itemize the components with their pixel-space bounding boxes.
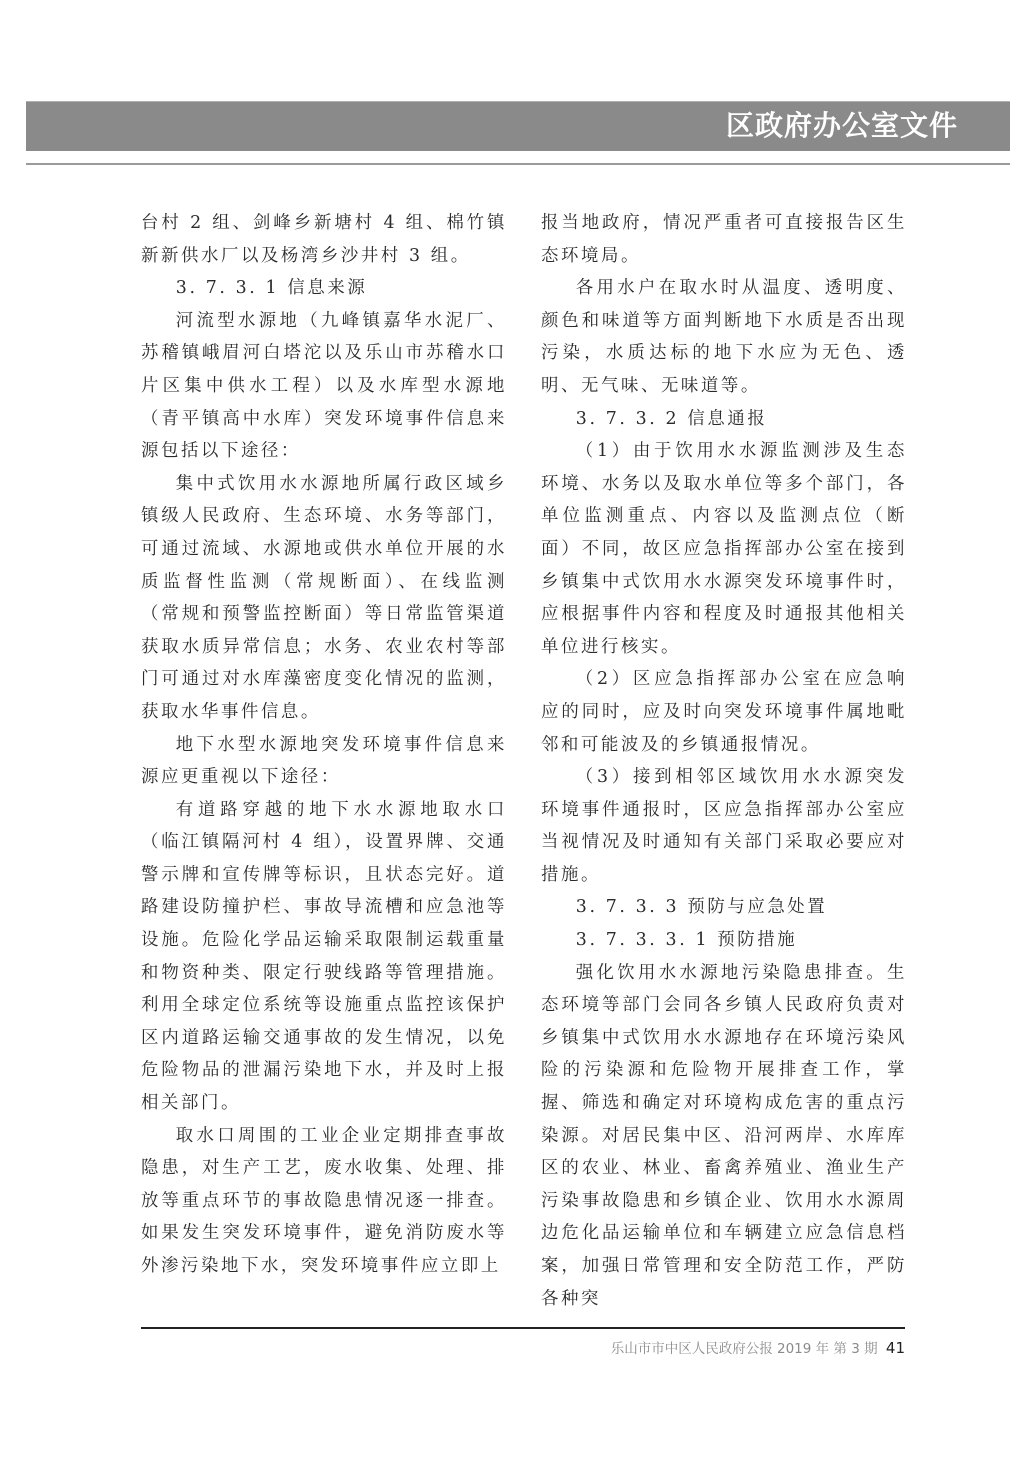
paragraph: （3）接到相邻区域饮用水水源突发环境事件通报时，区应急指挥部办公室应当视情况及时… xyxy=(541,761,907,891)
paragraph: 台村 2 组、剑峰乡新塘村 4 组、棉竹镇新新供水厂以及杨湾乡沙井村 3 组。 xyxy=(141,207,507,272)
paragraph: （2）区应急指挥部办公室在应急响应的同时，应及时向突发环境事件属地毗邻和可能波及… xyxy=(541,663,907,761)
paragraph: 报当地政府，情况严重者可直接报告区生态环境局。 xyxy=(541,207,907,272)
right-column: 报当地政府，情况严重者可直接报告区生态环境局。 各用水户在取水时从温度、透明度、… xyxy=(541,207,907,1315)
paragraph: 强化饮用水水源地污染隐患排查。生态环境等部门会同各乡镇人民政府负责对乡镇集中式饮… xyxy=(541,957,907,1316)
footer: 乐山市市中区人民政府公报 2019 年 第 3 期 41 xyxy=(611,1338,905,1359)
footer-divider xyxy=(141,1327,905,1329)
paragraph: 各用水户在取水时从温度、透明度、颜色和味道等方面判断地下水质是否出现污染，水质达… xyxy=(541,272,907,402)
paragraph: 集中式饮用水水源地所属行政区域乡镇级人民政府、生态环境、水务等部门，可通过流域、… xyxy=(141,468,507,729)
header-divider xyxy=(26,163,1010,165)
section-heading: 3. 7. 3. 3 预防与应急处置 xyxy=(541,891,907,924)
header-band: 区政府办公室文件 xyxy=(26,101,1010,151)
paragraph: 河流型水源地（九峰镇嘉华水泥厂、苏稽镇峨眉河白塔沱以及乐山市苏稽水口片区集中供水… xyxy=(141,305,507,468)
page-number: 41 xyxy=(886,1339,905,1357)
paragraph: 有道路穿越的地下水水源地取水口（临江镇隔河村 4 组），设置界牌、交通警示牌和宣… xyxy=(141,794,507,1120)
paragraph: （1）由于饮用水水源监测涉及生态环境、水务以及取水单位等多个部门，各单位监测重点… xyxy=(541,435,907,663)
section-heading: 3. 7. 3. 3. 1 预防措施 xyxy=(541,924,907,957)
paragraph: 取水口周围的工业企业定期排查事故隐患，对生产工艺，废水收集、处理、排放等重点环节… xyxy=(141,1120,507,1283)
paragraph: 地下水型水源地突发环境事件信息来源应更重视以下途径： xyxy=(141,729,507,794)
left-column: 台村 2 组、剑峰乡新塘村 4 组、棉竹镇新新供水厂以及杨湾乡沙井村 3 组。 … xyxy=(141,207,507,1283)
section-title: 区政府办公室文件 xyxy=(726,108,958,144)
section-heading: 3. 7. 3. 1 信息来源 xyxy=(141,272,507,305)
publication-info: 乐山市市中区人民政府公报 2019 年 第 3 期 xyxy=(611,1341,878,1357)
section-heading: 3. 7. 3. 2 信息通报 xyxy=(541,403,907,436)
